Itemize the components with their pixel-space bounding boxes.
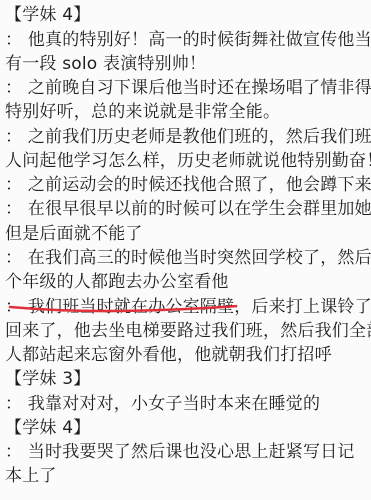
message-line: ： 之前运动会的时候还找他合照了，他会蹲下来 [5, 174, 371, 196]
message-line: ： 之前晚自习下课后他当时还在操场唱了情非得已， [5, 77, 371, 99]
chat-transcript: 【学妹 4】： 他真的特别好！高一的时候街舞社做宣传他当时有一段 solo 表演… [0, 0, 371, 500]
message-line: ： 之前我们历史老师是教他们班的，然后我们班的 [5, 126, 371, 148]
speaker-label: 【学妹 3】 [5, 368, 90, 390]
message-line: 但是后面就不能了 [5, 223, 143, 245]
message-line: 有一段 solo 表演特别帅！ [5, 53, 206, 75]
message-line: 本上了 [5, 465, 57, 487]
message-line: ： 我靠对对对，小女子当时本来在睡觉的 [5, 393, 320, 415]
red-underline-annotation [8, 303, 240, 313]
message-line: ： 在很早很早以前的时候可以在学生会群里加她， [5, 198, 371, 220]
message-line: 回来了，他去坐电梯要路过我们班，然后我们全部 [5, 320, 371, 342]
message-line: ： 他真的特别好！高一的时候街舞社做宣传他当时 [5, 29, 371, 51]
speaker-label: 【学妹 4】 [5, 417, 90, 439]
speaker-label: 【学妹 4】 [5, 4, 90, 26]
message-line: ： 当时我要哭了然后课也没心思上赶紧写日记 [5, 441, 355, 463]
message-line: 人问起他学习怎么样，历史老师就说他特别勤奋！ [5, 150, 371, 172]
message-line: 个年级的人都跑去办公室看他 [5, 271, 229, 293]
message-line: 特别好听，总的来说就是非常全能。 [5, 101, 280, 123]
message-line: 人都站起来忘窗外看他，他就朝我们打招呼 [5, 344, 332, 366]
message-line: ： 在我们高三的时候他当时突然回学校了，然后整 [5, 247, 371, 269]
